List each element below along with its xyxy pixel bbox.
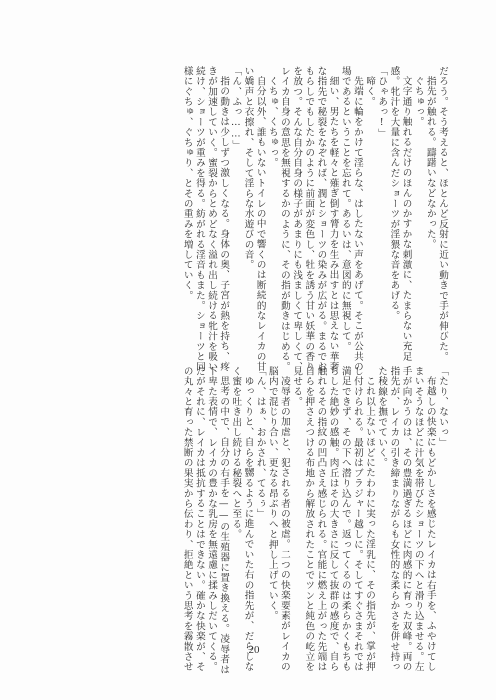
text-column: 「ん、ふっ……」: [229, 66, 241, 334]
text-column: た稜線を撫でていく。: [375, 366, 387, 634]
text-column: 細い、男たちを軽々と薙ぎ倒す膂力を生み出すとは思えない華奢: [326, 66, 338, 334]
text-column: 自分以外、誰もいないトイレの中で響くのは断続的なレイカの甘: [254, 66, 266, 334]
text-column: ぐちゅっ。: [412, 66, 424, 334]
text-column: 場であるということを忘れて。あるいは、意図的に無視して。: [339, 66, 351, 334]
text-column: し付けられる。最初はブラジャー越しに。そしてすぐさまそれでは: [351, 366, 363, 634]
text-column: 満足できず、その下へ潜り込んで。返ってくるのは柔らかくもちも: [339, 366, 351, 634]
text-column: もらしでもしたかのように前面が変色し、牡を誘う甘い妖華の香り: [302, 66, 314, 334]
text-column: 見せる。: [290, 366, 302, 634]
text-column: を放つ。そんな自分自身の様子があまりにも浅ましくて卑しくて、: [290, 66, 302, 334]
text-column: 自らを押さえつける布地から解放されたことでツンと純色の屹立を: [302, 366, 314, 634]
text-column: 感。牝汁を大量に含んだショーツが淫猥な音をあげる。: [387, 66, 399, 334]
text-column: ちした絶妙の感触。肉丘はその大きさに反して抜群の感度で、自ら: [326, 366, 338, 634]
text-column: これ以上ないほどにたわわに実った淫乳に、その指先が、掌が押: [363, 366, 375, 634]
text-column: 脳内で混じり合い、更なる昂ぶりへと押し上げていく。: [266, 366, 278, 634]
text-block-bottom: 「たり、ないっ」 布越しの快楽にもどかしさを感じたレイカは右手を、ふやけてし ま…: [56, 366, 448, 634]
text-column: 触れるその指紋の凹凸さえ感じられる。官能に燃え上がった先端は: [314, 366, 326, 634]
text-column: 指先が触れる。躊躇いなどなかった。: [424, 66, 436, 334]
text-column: 様にぐちゅ、ぐちゅり、とその重みを増していく。: [181, 66, 193, 334]
text-column: な指先で秘裂をなぞれば、潤とショーツの染みが広がる。まるでお: [314, 66, 326, 334]
text-column: く蜜を吐き出し続ける秘裂へと至る。: [229, 366, 241, 634]
text-column: 先端に輪をかけて淫らな、はしたない声をあげて。そこが公共の: [351, 66, 363, 334]
text-column: 指先が、レイカの引き締まりながらも女性的な柔らかさを併せ持っ: [387, 366, 399, 634]
text-column: くちゅ、くちゅっ。: [266, 66, 278, 334]
document-page: だろう。そう考えると、ほとんど反射に近い動きで手が伸びた。 指先が触れる。躊躇い…: [0, 0, 496, 700]
text-column: 下卑た表情で、レイカの豊かな乳房を無遠慮に揉みしだいてくる。: [205, 366, 217, 634]
text-column: ゆっくりと、自らを嬲るように進んでいた右の指先が、だらしな: [241, 366, 253, 634]
text-column: 指の動きは少しずつ激しくなる。身体の奥、子宮が熱を持ち、疼: [217, 66, 229, 334]
text-column: 手が向かうのは、その豊満過ぎるほどに肉感的に育った双峰。両の: [399, 366, 411, 634]
text-column: まいそうなほどに汁気を帯びたショーツの下へと滑り込ませる。左: [412, 366, 424, 634]
text-column: 啼く。: [363, 66, 375, 334]
text-block-top: だろう。そう考えると、ほとんど反射に近い動きで手が伸びた。 指先が触れる。躊躇い…: [56, 66, 448, 334]
text-column: だがそれに、レイカは抵抗することはできない。確かな快楽が、そ: [193, 366, 205, 634]
text-column: 「ん、はぁ、おかされ、てるぅ」: [254, 366, 266, 634]
text-column: レイカ自身の意思を無視するかのように、その指が動きはじめる。: [278, 66, 290, 334]
text-column: 布越しの快楽にもどかしさを感じたレイカは右手を、ふやけてし: [424, 366, 436, 634]
text-column: の丸々と育った禁断の果実から伝わり、拒絶という思考を霧散させ: [181, 366, 193, 634]
text-column: きが加速していく。蜜裂からとめどなく溢れ出し続ける牝汁を吸い: [205, 66, 217, 334]
text-column: い嬌声と衣擦れ、そして淫らな水遊びの音。: [241, 66, 253, 334]
text-column: 凌辱者の加虐と、犯される者の被虐。二つの快楽要素がレイカの: [278, 366, 290, 634]
text-column: 文字通り触れるだけのほんのかすかな刺激に、たまらない充足: [399, 66, 411, 334]
text-column: だろう。そう考えると、ほとんど反射に近い動きで手が伸びた。: [436, 66, 448, 334]
text-column: 「たり、ないっ」: [436, 366, 448, 634]
text-column: 思考の中で、自分の右手を——の生殖器に置き換える。凌辱者は: [217, 366, 229, 634]
page-number: 20: [0, 644, 496, 656]
text-column: 「ひゃあっ!」: [375, 66, 387, 334]
text-column: 続け、ショーツが重みを得る。紡がれる淫音もまた。ショーツと同: [193, 66, 205, 334]
